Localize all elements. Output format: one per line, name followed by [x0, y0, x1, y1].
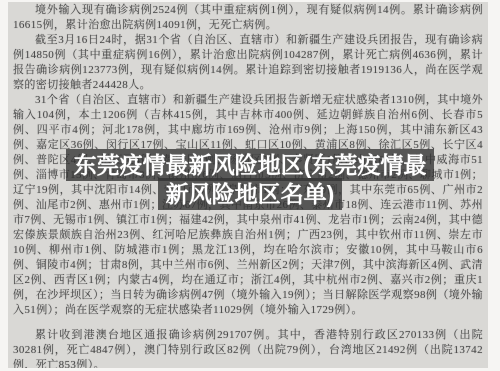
paragraph-hk-macao-taiwan: 累计收到港澳台地区通报确诊病例291707例。其中，香港特别行政区270133例…	[13, 328, 483, 368]
document-text: 境外输入现有确诊病例2524例（其中重症病例1例），现有疑似病例14例。累计确诊…	[8, 2, 488, 368]
document-page: 境外输入现有确诊病例2524例（其中重症病例1例），现有疑似病例14例。累计确诊…	[8, 2, 488, 368]
paragraph-overseas-imported: 境外输入现有确诊病例2524例（其中重症病例1例），现有疑似病例14例。累计确诊…	[13, 3, 483, 33]
article-thumbnail: 境外输入现有确诊病例2524例（其中重症病例1例），现有疑似病例14例。累计确诊…	[0, 0, 500, 371]
paragraph-asymptomatic-cases: 31个省（自治区、直辖市）和新疆生产建设兵团报告新增无症状感染者1310例，其中…	[13, 93, 483, 318]
paragraph-national-totals: 截至3月16日24时，据31个省（自治区、直辖市）和新疆生产建设兵团报告，现有确…	[13, 33, 483, 93]
